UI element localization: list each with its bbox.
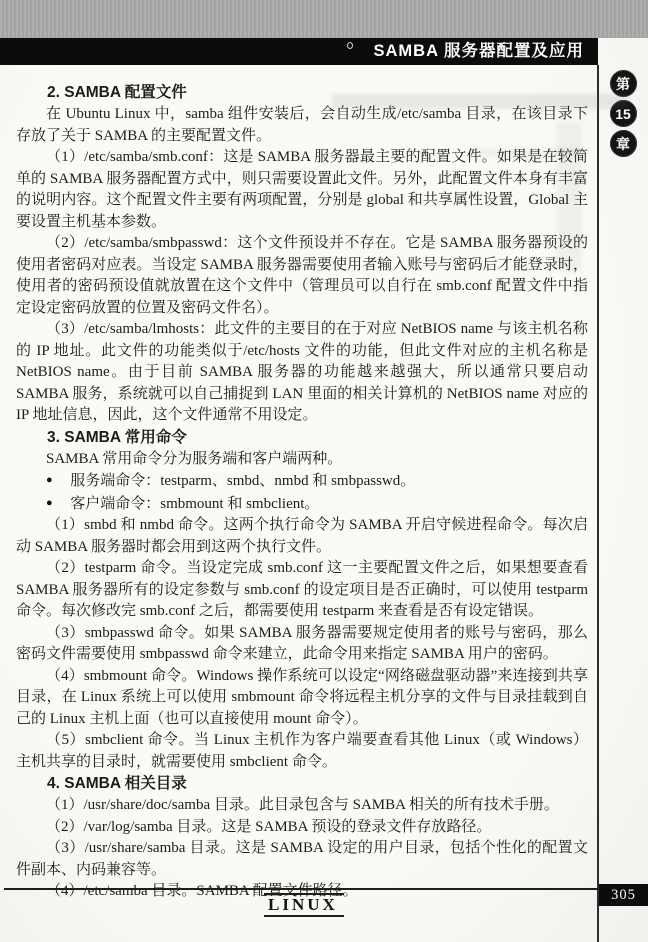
bullet-item: ●服务端命令：testparm、smbd、nmbd 和 smbpasswd。 bbox=[16, 470, 588, 493]
page-body-text: 2. SAMBA 配置文件在 Ubuntu Linux 中，samba 组件安装… bbox=[16, 82, 588, 903]
chapter-badge-1: 15 bbox=[610, 100, 637, 127]
bullet-text: 客户端命令：smbmount 和 smbclient。 bbox=[70, 496, 319, 512]
right-margin-rule bbox=[597, 65, 599, 942]
section-heading: 2. SAMBA 配置文件 bbox=[16, 82, 588, 104]
chapter-badge-2: 章 bbox=[610, 130, 637, 157]
body-paragraph: （3）/usr/share/samba 目录。这是 SAMBA 设定的用户目录，… bbox=[16, 838, 588, 881]
body-paragraph: （1）/etc/samba/smb.conf：这是 SAMBA 服务器最主要的配… bbox=[16, 147, 588, 233]
bullet-text: 服务端命令：testparm、smbd、nmbd 和 smbpasswd。 bbox=[70, 473, 415, 489]
running-head-title: SAMBA 服务器配置及应用 bbox=[374, 38, 598, 65]
body-paragraph: （1）/usr/share/doc/samba 目录。此目录包含与 SAMBA … bbox=[16, 795, 588, 817]
chapter-tab: 第15章 bbox=[606, 70, 640, 160]
bullet-item: ●客户端命令：smbmount 和 smbclient。 bbox=[16, 493, 588, 516]
publisher-logo: LINUX bbox=[264, 893, 344, 917]
chapter-badge-0: 第 bbox=[610, 70, 637, 97]
body-paragraph: （2）/etc/samba/smbpasswd：这个文件预设并不存在。它是 SA… bbox=[16, 233, 588, 319]
footer-rule bbox=[4, 888, 598, 890]
scanner-gray-margin bbox=[0, 0, 648, 38]
body-paragraph: （1）smbd 和 nmbd 命令。这两个执行命令为 SAMBA 开启守候进程命… bbox=[16, 515, 588, 558]
body-paragraph: （3）/etc/samba/lmhosts：此文件的主要目的在于对应 NetBI… bbox=[16, 319, 588, 427]
chapter-header-bar: SAMBA 服务器配置及应用 bbox=[0, 38, 598, 65]
body-paragraph: （2）testparm 命令。当设定完成 smb.conf 这一主要配置文件之后… bbox=[16, 558, 588, 623]
section-heading: 4. SAMBA 相关目录 bbox=[16, 773, 588, 795]
scan-artifact-dot bbox=[347, 42, 353, 49]
page-number-badge: 305 bbox=[599, 884, 648, 906]
body-paragraph: （3）smbpasswd 命令。如果 SAMBA 服务器需要规定使用者的账号与密… bbox=[16, 623, 588, 666]
book-page: SAMBA 服务器配置及应用 第15章 2. SAMBA 配置文件在 Ubunt… bbox=[0, 38, 648, 942]
body-paragraph: （5）smbclient 命令。当 Linux 主机作为客户端要查看其他 Lin… bbox=[16, 730, 588, 773]
body-paragraph: （4）smbmount 命令。Windows 操作系统可以设定“网络磁盘驱动器”… bbox=[16, 666, 588, 731]
body-paragraph: SAMBA 常用命令分为服务端和客户端两种。 bbox=[16, 449, 588, 471]
bullet-marker-icon: ● bbox=[46, 497, 53, 509]
section-heading: 3. SAMBA 常用命令 bbox=[16, 427, 588, 449]
bullet-marker-icon: ● bbox=[46, 474, 53, 486]
body-paragraph: （2）/var/log/samba 目录。这是 SAMBA 预设的登录文件存放路… bbox=[16, 817, 588, 839]
body-paragraph: 在 Ubuntu Linux 中，samba 组件安装后，会自动生成/etc/s… bbox=[16, 104, 588, 147]
